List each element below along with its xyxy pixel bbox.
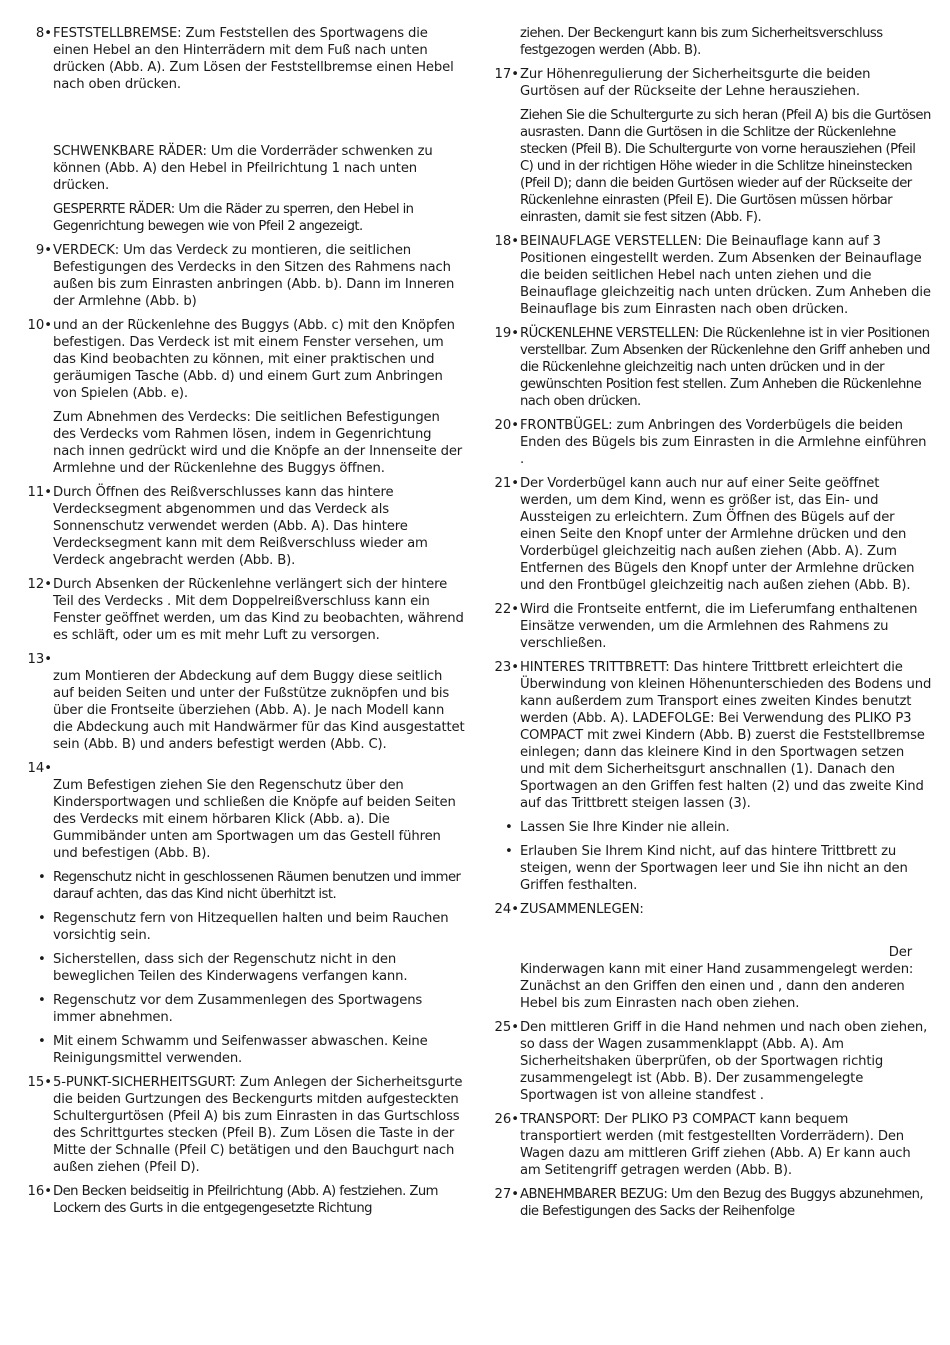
item-text: Den mittleren Griff in die Hand nehmen u… [520,1019,932,1104]
instruction-item-25: 25• Den mittleren Griff in die Hand nehm… [492,1019,932,1104]
item-text: Zur Höhenregulierung der Sicherheitsgurt… [520,66,932,100]
item-text: GESPERRTE RÄDER: Um die Räder zu sperren… [53,201,465,235]
bullet-text: Sicherstellen, dass sich der Regenschutz… [53,951,465,985]
item-number: 19• [492,325,519,342]
instruction-item-15: 15• 5-PUNKT-SICHERHEITSGURT: Zum Anlegen… [25,1074,465,1176]
bullet-dot-icon: • [38,951,46,968]
item-text: und an der Rückenlehne des Buggys (Abb. … [53,317,465,402]
item-text: HINTERES TRITTBRETT: Das hintere Trittbr… [520,659,932,812]
item-text: FRONTBÜGEL: zum Anbringen des Vorderbüge… [520,417,932,468]
item-number: 11• [25,484,52,501]
figure-gap [53,651,465,668]
instruction-item-18: 18• BEINAUFLAGE VERSTELLEN: Die Beinaufl… [492,233,932,318]
right-column: ziehen. Der Beckengurt kann bis zum Sich… [492,25,932,1227]
instruction-item-26: 26• TRANSPORT: Der PLIKO P3 COMPACT kann… [492,1111,932,1179]
warning-bullet: • Lassen Sie Ihre Kinder nie allein. [492,819,932,836]
item-text: VERDECK: Um das Verdeck zu montieren, di… [53,242,465,310]
item-text: FESTSTELLBREMSE: Zum Feststellen des Spo… [53,25,465,93]
item-text: BEINAUFLAGE VERSTELLEN: Die Beinauflage … [520,233,932,318]
item-text: Der [520,944,932,961]
bullet-dot-icon: • [38,992,46,1009]
instruction-item-10: 10• und an der Rückenlehne des Buggys (A… [25,317,465,477]
item-number: 22• [492,601,519,618]
item-text: TRANSPORT: Der PLIKO P3 COMPACT kann beq… [520,1111,932,1179]
warning-bullet: • Regenschutz vor dem Zusammenlegen des … [25,992,465,1026]
figure-gap [53,100,465,143]
item-text: SCHWENKBARE RÄDER: Um die Vorderräder sc… [53,143,465,194]
item-number: 10• [25,317,52,334]
bullet-text: Regenschutz fern von Hitzequellen halten… [53,910,465,944]
item-text: Kinderwagen kann mit einer Hand zusammen… [520,961,932,1012]
instruction-item-16: 16• Den Becken beidseitig in Pfeilrichtu… [25,1183,465,1217]
instruction-item-20: 20• FRONTBÜGEL: zum Anbringen des Vorder… [492,417,932,468]
item-text: Der Vorderbügel kann auch nur auf einer … [520,475,932,594]
item-number: 16• [25,1183,52,1200]
bullet-text: Lassen Sie Ihre Kinder nie allein. [520,819,932,836]
instruction-item-14: 14• Zum Befestigen ziehen Sie den Regens… [25,760,465,862]
item-number: 23• [492,659,519,676]
item-text: zum Montieren der Abdeckung auf dem Bugg… [53,668,465,753]
bullet-text: Regenschutz nicht in geschlossenen Räume… [53,869,465,903]
figure-gap [53,760,465,777]
item-number: 8• [25,25,52,42]
item-number: 27• [492,1186,519,1203]
item-number: 15• [25,1074,52,1091]
item-text: Ziehen Sie die Schultergurte zu sich her… [520,107,932,226]
item-text: 5-PUNKT-SICHERHEITSGURT: Zum Anlegen der… [53,1074,465,1176]
instruction-item-13: 13• zum Montieren der Abdeckung auf dem … [25,651,465,753]
instruction-item-24: 24• ZUSAMMENLEGEN: Der Kinderwagen kann … [492,901,932,1012]
instruction-item-21: 21• Der Vorderbügel kann auch nur auf ei… [492,475,932,594]
warning-bullet: • Sicherstellen, dass sich der Regenschu… [25,951,465,985]
bullet-text: Erlauben Sie Ihrem Kind nicht, auf das h… [520,843,932,894]
item-number: 14• [25,760,52,777]
figure-gap [520,925,932,944]
item-text: Zum Befestigen ziehen Sie den Regenschut… [53,777,465,862]
instruction-item-23: 23• HINTERES TRITTBRETT: Das hintere Tri… [492,659,932,812]
instruction-item-19: 19• RÜCKENLEHNE VERSTELLEN: Die Rückenle… [492,325,932,410]
item-number: 20• [492,417,519,434]
item-number: 18• [492,233,519,250]
bullet-text: Mit einem Schwamm und Seifenwasser abwas… [53,1033,465,1067]
item-number: 25• [492,1019,519,1036]
warning-bullet: • Regenschutz fern von Hitzequellen halt… [25,910,465,944]
bullet-text: Regenschutz vor dem Zusammenlegen des Sp… [53,992,465,1026]
warning-bullet: • Erlauben Sie Ihrem Kind nicht, auf das… [492,843,932,894]
instruction-item-11: 11• Durch Öffnen des Reißverschlusses ka… [25,484,465,569]
item-number: 17• [492,66,519,83]
item-number: 26• [492,1111,519,1128]
instruction-item-27: 27• ABNEHMBARER BEZUG: Um den Bezug des … [492,1186,932,1220]
item-text: Den Becken beidseitig in Pfeilrichtung (… [53,1183,465,1217]
instruction-item-22: 22• Wird die Frontseite entfernt, die im… [492,601,932,652]
item-text: Durch Öffnen des Reißverschlusses kann d… [53,484,465,569]
item-text: Durch Absenken der Rückenlehne verlänger… [53,576,465,644]
bullet-dot-icon: • [38,869,46,886]
instruction-item-16-continued: ziehen. Der Beckengurt kann bis zum Sich… [492,25,932,59]
instruction-item-17: 17• Zur Höhenregulierung der Sicherheits… [492,66,932,226]
item-number: 21• [492,475,519,492]
item-text: RÜCKENLEHNE VERSTELLEN: Die Rückenlehne … [520,325,932,410]
item-text: ABNEHMBARER BEZUG: Um den Bezug des Bugg… [520,1186,932,1220]
item-title: ZUSAMMENLEGEN: [520,901,932,918]
bullet-dot-icon: • [38,1033,46,1050]
left-column: 8• FESTSTELLBREMSE: Zum Feststellen des … [25,25,465,1224]
instruction-item-12: 12• Durch Absenken der Rückenlehne verlä… [25,576,465,644]
warning-bullet: • Mit einem Schwamm und Seifenwasser abw… [25,1033,465,1067]
item-text: Zum Abnehmen des Verdecks: Die seitliche… [53,409,465,477]
instruction-item-8: 8• FESTSTELLBREMSE: Zum Feststellen des … [25,25,465,235]
item-number: 24• [492,901,519,918]
item-number: 9• [25,242,52,259]
bullet-dot-icon: • [38,910,46,927]
item-text: Wird die Frontseite entfernt, die im Lie… [520,601,932,652]
item-text: ziehen. Der Beckengurt kann bis zum Sich… [520,25,932,59]
item-number: 12• [25,576,52,593]
warning-bullet: • Regenschutz nicht in geschlossenen Räu… [25,869,465,903]
bullet-dot-icon: • [505,843,513,860]
instruction-item-9: 9• VERDECK: Um das Verdeck zu montieren,… [25,242,465,310]
bullet-dot-icon: • [505,819,513,836]
item-number: 13• [25,651,52,668]
